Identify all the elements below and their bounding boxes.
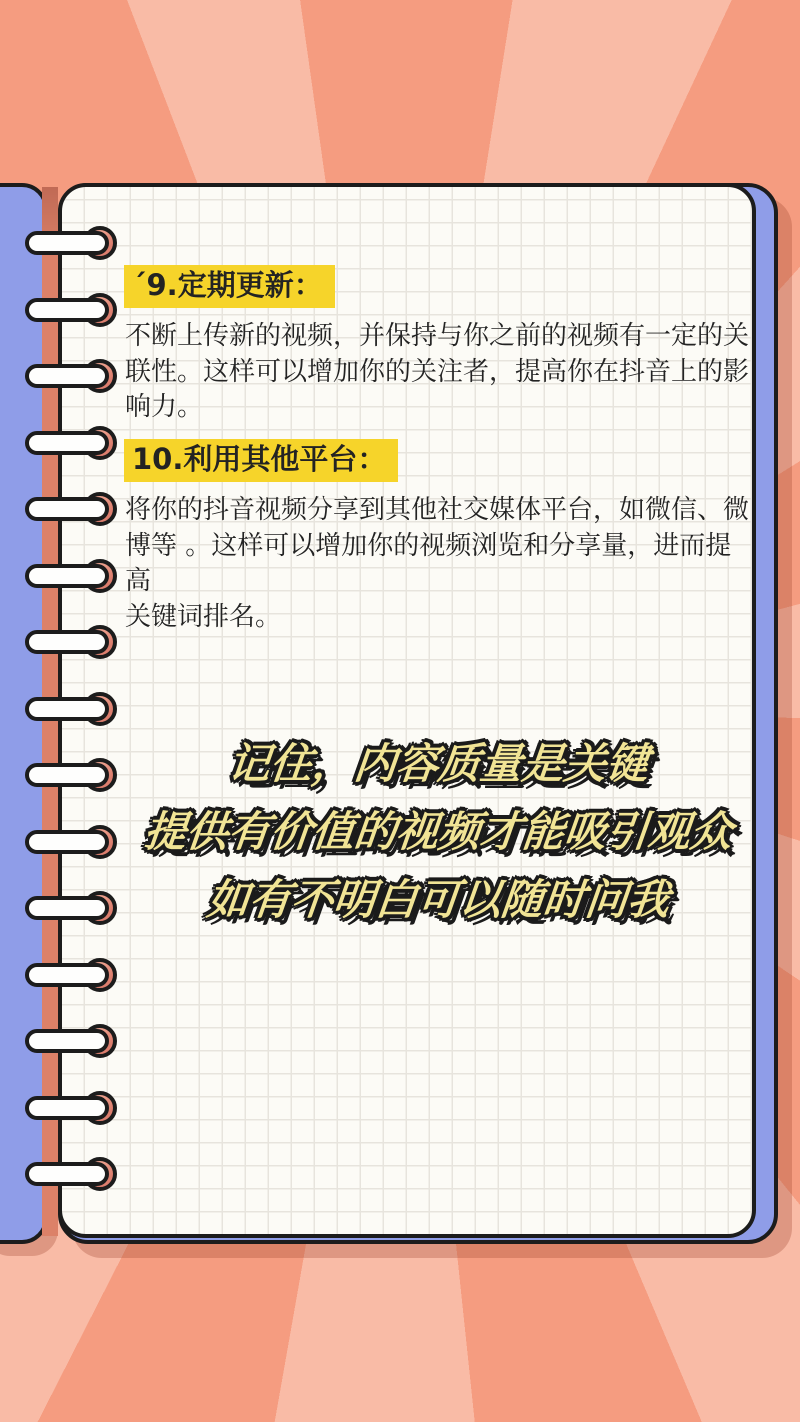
ring-bar <box>25 564 109 588</box>
ring-bar <box>25 1162 109 1186</box>
spiral-ring <box>25 559 119 593</box>
ring-bar <box>25 364 109 388</box>
spiral-ring <box>25 692 119 726</box>
spiral-ring <box>25 359 119 393</box>
ring-bar <box>25 963 109 987</box>
ring-bar <box>25 298 109 322</box>
spiral-ring <box>25 625 119 659</box>
ring-bar <box>25 1029 109 1053</box>
callout: 记住，内容质量是关键 提供有价值的视频才能吸引观众 如有不明白可以随时问我 <box>118 732 758 936</box>
spiral-ring <box>25 226 119 260</box>
section-9-heading: ´9.定期更新： <box>124 265 335 308</box>
ring-bar <box>25 431 109 455</box>
spiral-ring <box>25 492 119 526</box>
spiral-ring <box>25 1024 119 1058</box>
callout-line-2: 提供有价值的视频才能吸引观众 <box>114 800 761 868</box>
ring-bar <box>25 231 109 255</box>
ring-bar <box>25 763 109 787</box>
spiral-binding <box>0 0 150 1422</box>
ring-bar <box>25 896 109 920</box>
section-10-heading: 10.利用其他平台： <box>124 439 398 482</box>
section-9-heading-highlight: ´9.定期更新： <box>124 265 335 308</box>
ring-bar <box>25 497 109 521</box>
spiral-ring <box>25 1157 119 1191</box>
spiral-ring <box>25 825 119 859</box>
ring-bar <box>25 830 109 854</box>
section-10-heading-highlight: 10.利用其他平台： <box>124 439 398 482</box>
notebook-page: ´9.定期更新： 不断上传新的视频，并保持与你之前的视频有一定的关 联性。这样可… <box>58 183 756 1238</box>
poster: ´9.定期更新： 不断上传新的视频，并保持与你之前的视频有一定的关 联性。这样可… <box>0 0 800 1422</box>
callout-line-3: 如有不明白可以随时问我 <box>114 868 761 936</box>
spiral-ring <box>25 293 119 327</box>
spiral-ring <box>25 426 119 460</box>
section-10-body: 将你的抖音视频分享到其他社交媒体平台，如微信、微 博等 。这样可以增加你的视频浏… <box>125 493 757 635</box>
ring-bar <box>25 1096 109 1120</box>
spiral-ring <box>25 891 119 925</box>
spiral-ring <box>25 758 119 792</box>
ring-bar <box>25 697 109 721</box>
spiral-ring <box>25 958 119 992</box>
spiral-ring <box>25 1091 119 1125</box>
section-9-body: 不断上传新的视频，并保持与你之前的视频有一定的关 联性。这样可以增加你的关注者，… <box>125 319 757 426</box>
ring-bar <box>25 630 109 654</box>
callout-line-1: 记住，内容质量是关键 <box>114 732 761 800</box>
